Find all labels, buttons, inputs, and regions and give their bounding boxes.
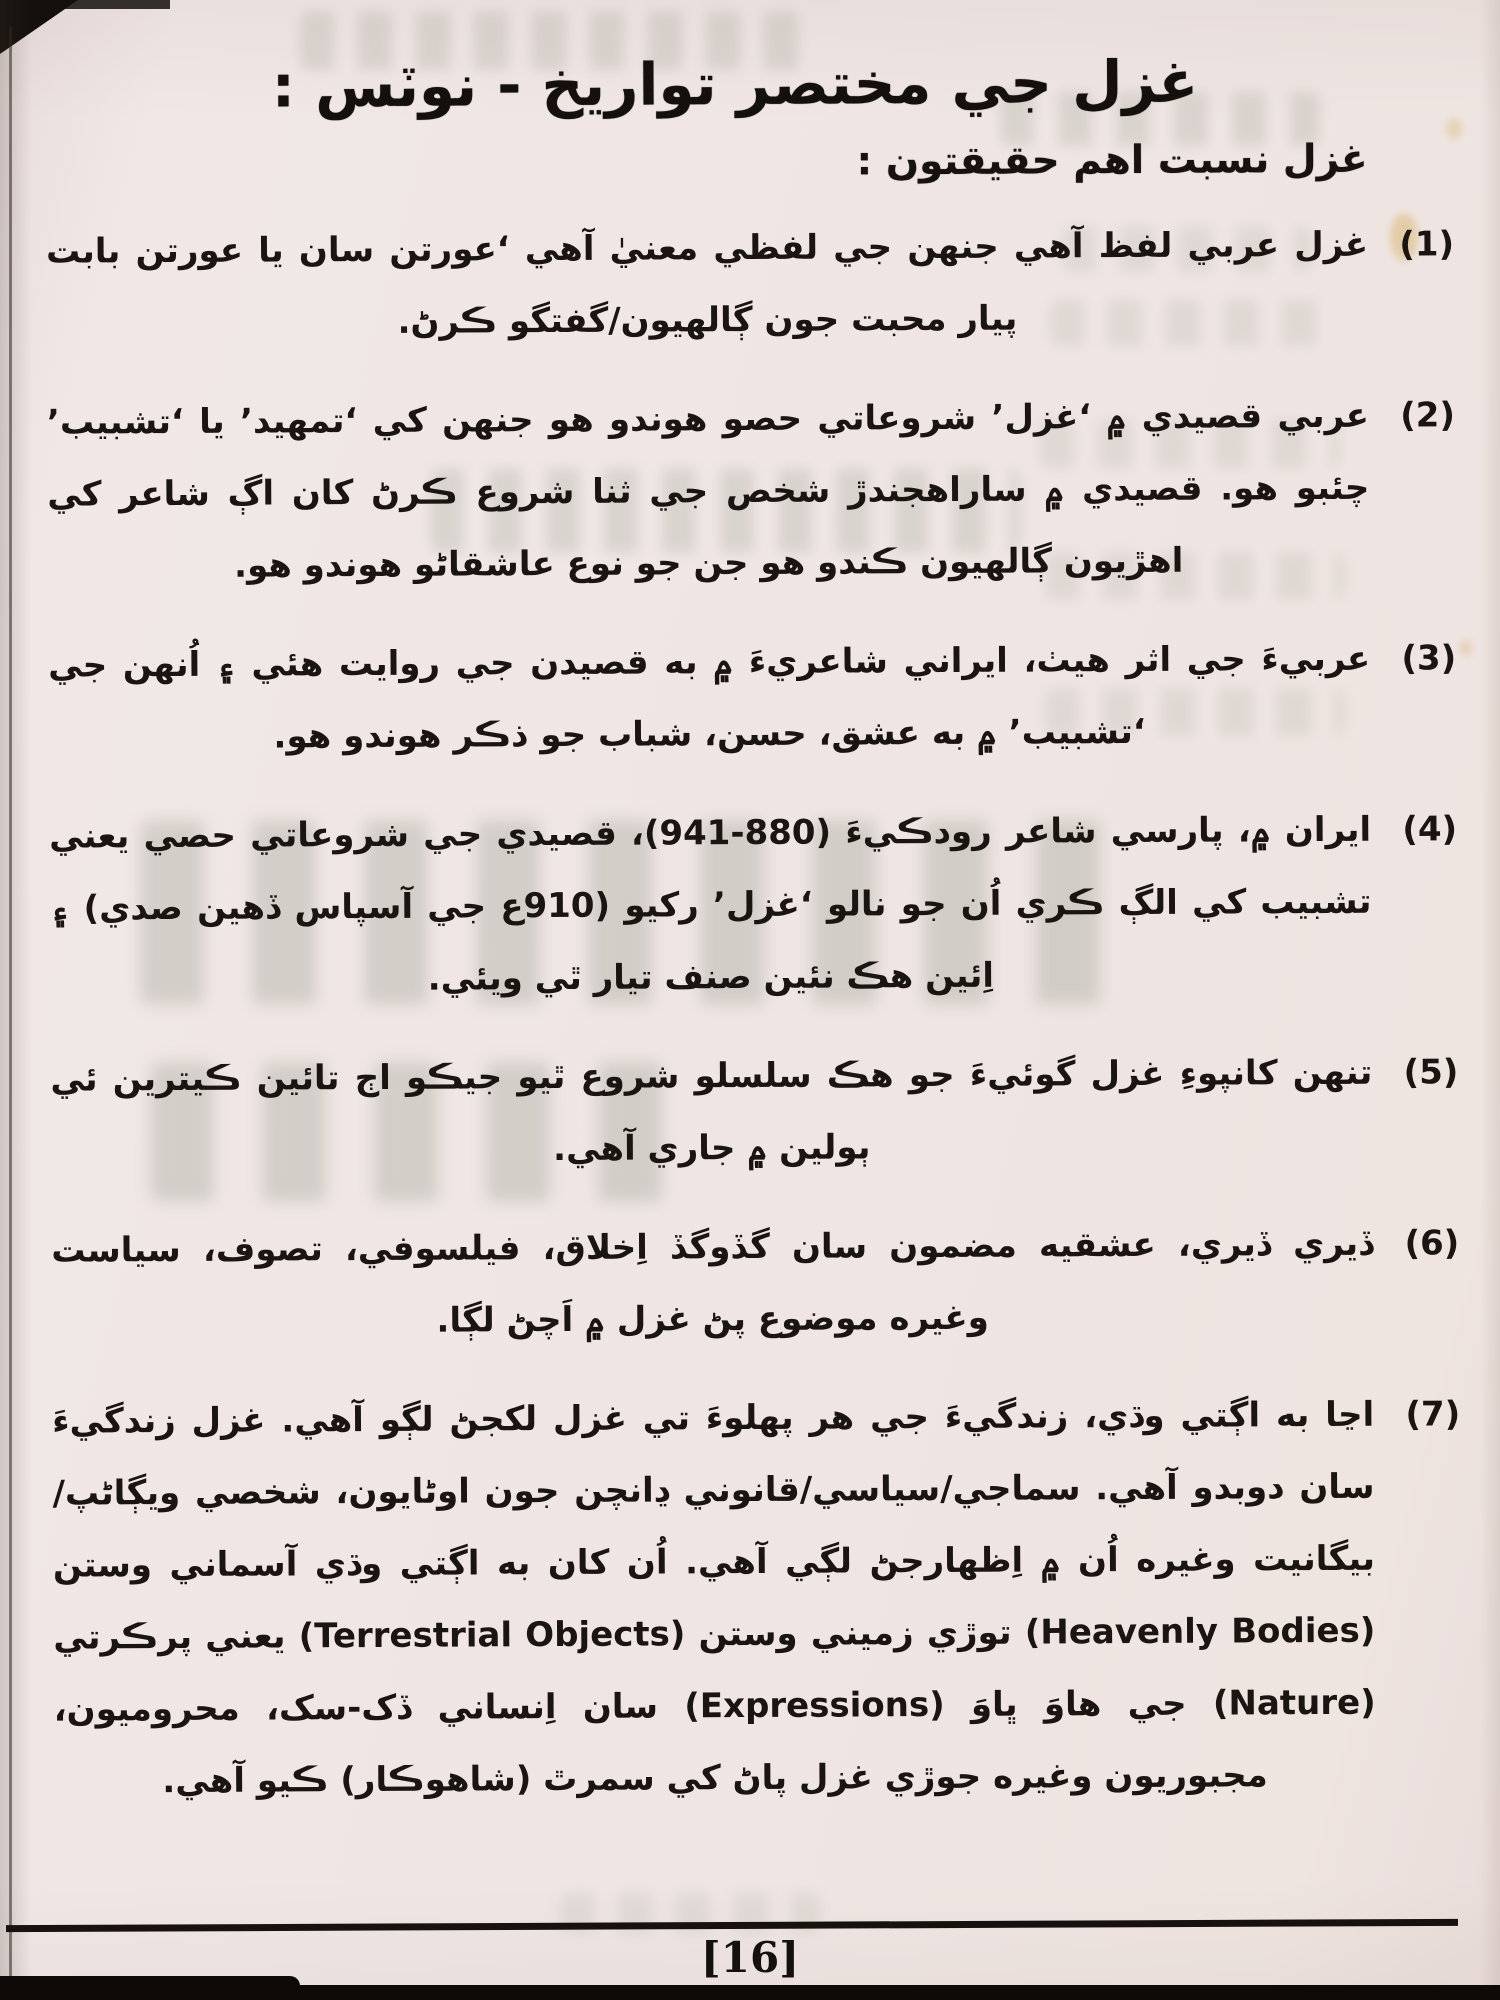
item-text: ڏيري ڏيري، عشقيه مضمون سان گڏوگڏ اِخلاق،… bbox=[51, 1208, 1374, 1359]
list-item: (2) عربي قصيدي ۾ ‘غزل’ شروعاتي حصو هوندو… bbox=[47, 380, 1456, 603]
list-item: (7) اڃا به اڳتي وڌي، زندگيءَ جي هر پهلوء… bbox=[52, 1379, 1462, 1818]
item-number: (7) bbox=[1388, 1379, 1462, 1811]
list-item: (3) عربيءَ جي اثر هيٺ، ايراني شاعريءَ ۾ … bbox=[48, 623, 1457, 774]
list-item: (4) ايران ۾، پارسي شاعر رودڪيءَ (880-941… bbox=[49, 794, 1458, 1017]
item-text: عربيءَ جي اثر هيٺ، ايراني شاعريءَ ۾ به ق… bbox=[48, 623, 1371, 774]
item-text: تنهن کانپوءِ غزل گوئيءَ جو هڪ سلسلو شروع… bbox=[50, 1037, 1373, 1188]
list-item: (1) غزل عربي لفظ آهي جنهن جي لفظي معنيٰ … bbox=[46, 209, 1455, 360]
item-text: ايران ۾، پارسي شاعر رودڪيءَ (880-941)، ق… bbox=[49, 794, 1372, 1017]
item-number: (3) bbox=[1384, 623, 1457, 767]
page-title: غزل جي مختصر تواريخ - نوٽس : bbox=[45, 40, 1198, 130]
notes-list: (1) غزل عربي لفظ آهي جنهن جي لفظي معنيٰ … bbox=[46, 209, 1462, 1818]
item-number: (1) bbox=[1382, 209, 1455, 353]
scanned-book-page: غزل جي مختصر تواريخ - نوٽس : غزل نسبت اه… bbox=[0, 0, 1500, 2000]
section-heading: غزل نسبت اهم حقيقتون : bbox=[45, 129, 1367, 198]
item-text: غزل عربي لفظ آهي جنهن جي لفظي معنيٰ آهي … bbox=[46, 209, 1369, 360]
list-item: (6) ڏيري ڏيري، عشقيه مضمون سان گڏوگڏ اِخ… bbox=[51, 1208, 1460, 1359]
item-number: (4) bbox=[1385, 794, 1458, 1010]
item-text: اڃا به اڳتي وڌي، زندگيءَ جي هر پهلوءَ تي… bbox=[52, 1379, 1376, 1818]
item-text: عربي قصيدي ۾ ‘غزل’ شروعاتي حصو هوندو هو … bbox=[47, 380, 1370, 603]
page-number: [16] bbox=[0, 1933, 1500, 1982]
page-content: غزل جي مختصر تواريخ - نوٽس : غزل نسبت اه… bbox=[0, 0, 1500, 2000]
item-number: (2) bbox=[1383, 380, 1456, 596]
item-number: (6) bbox=[1387, 1208, 1460, 1352]
scan-bottom-edge bbox=[0, 1985, 1500, 2000]
item-number: (5) bbox=[1386, 1037, 1459, 1181]
list-item: (5) تنهن کانپوءِ غزل گوئيءَ جو هڪ سلسلو … bbox=[50, 1037, 1459, 1188]
